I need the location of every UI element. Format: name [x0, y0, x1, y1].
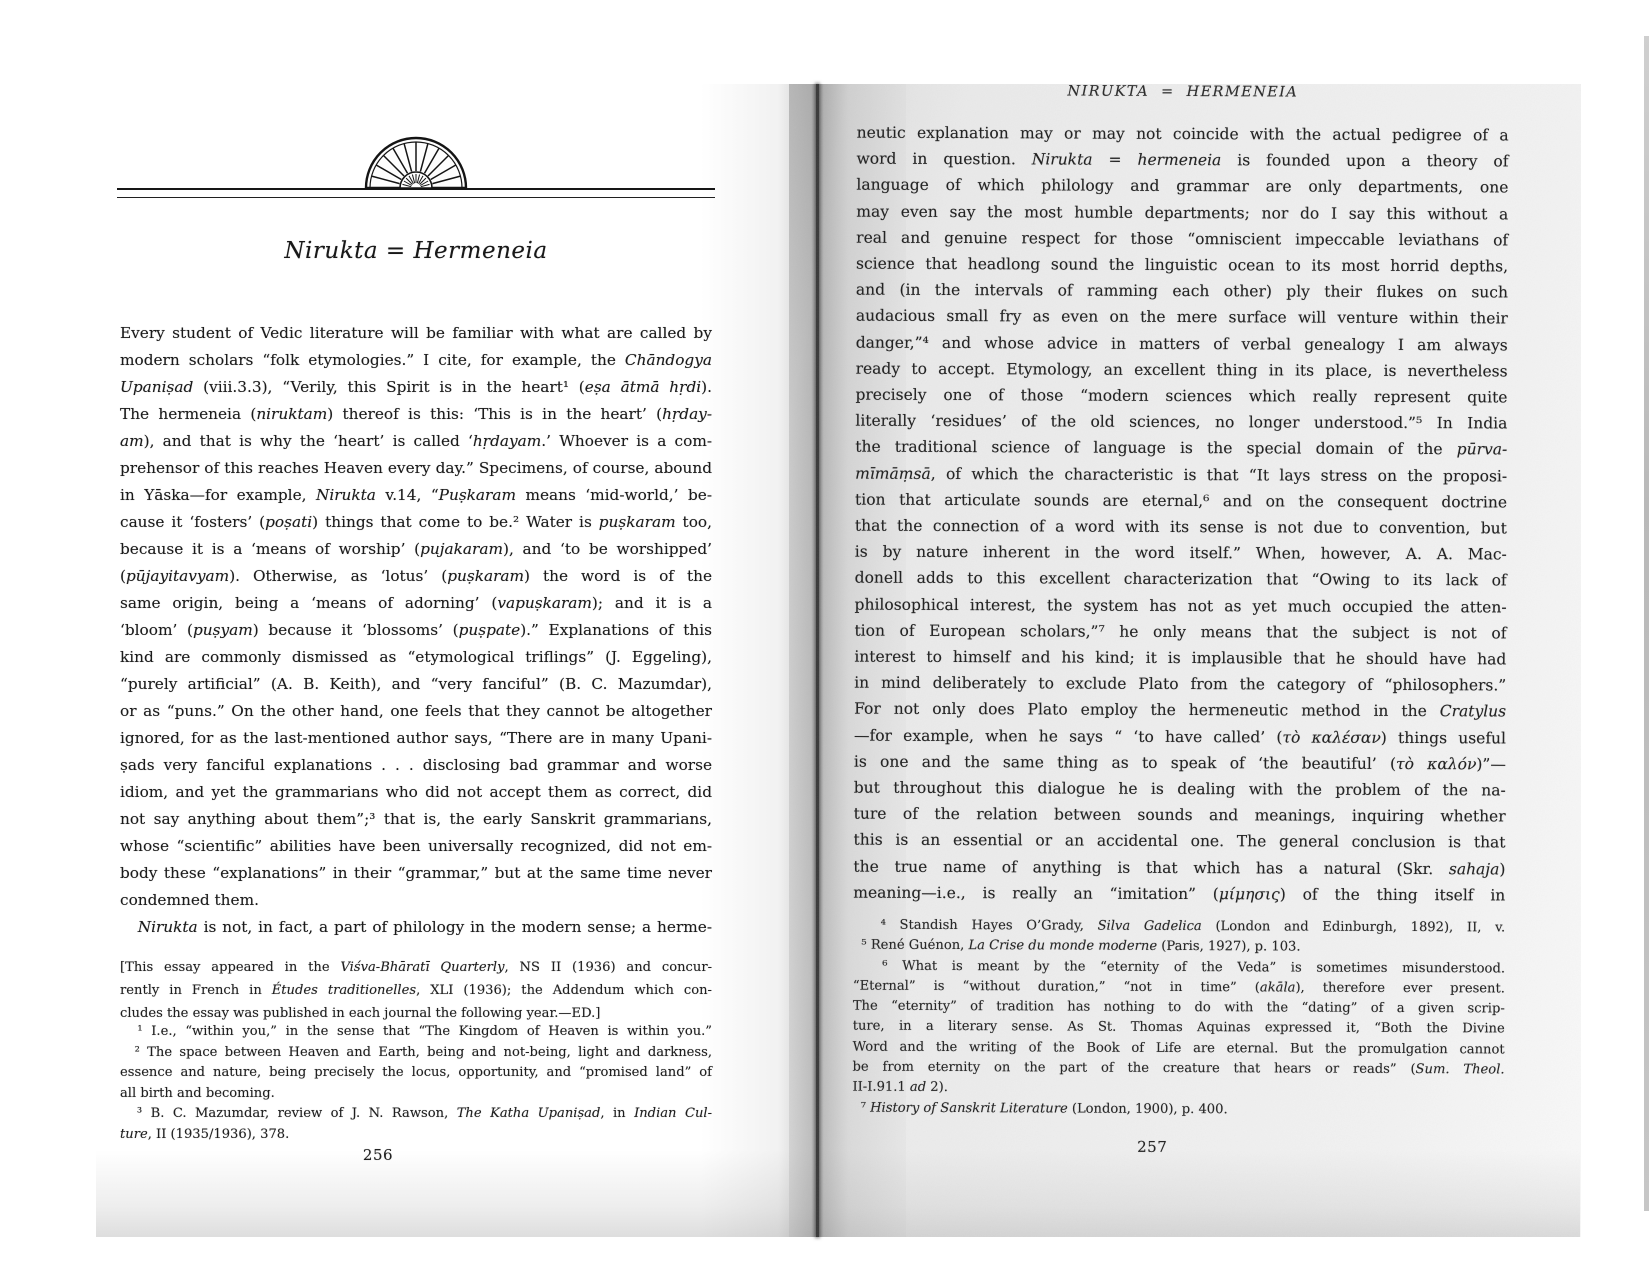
text-line: literally ‘residues’ of the old sciences… — [855, 408, 1507, 437]
text-line: Every student of Vedic literature will b… — [120, 320, 712, 347]
text-line: because it is a ‘means of worship’ (puja… — [120, 536, 712, 563]
text-line: danger,”⁴ and whose advice in matters of… — [856, 329, 1508, 358]
text-line: interest to himself and his kind; it is … — [854, 644, 1506, 673]
footnote-line: essence and nature, being precisely the … — [120, 1063, 712, 1084]
text-line: science that headlong sound the linguist… — [856, 251, 1508, 280]
right-footnotes: ⁴ Standish Hayes O’Grady, Silva Gadelica… — [852, 916, 1505, 1122]
lotus-ornament-icon — [364, 124, 468, 190]
text-line: kind are commonly dismissed as “etymolog… — [120, 644, 712, 671]
text-line: in mind deliberately to exclude Plato fr… — [854, 670, 1506, 699]
footnote-line: ture, II (1935/1936), 378. — [120, 1125, 712, 1146]
text-line: meaning—i.e., is really an “imitation” (… — [853, 879, 1505, 908]
text-line: tion that articulate sounds are eternal,… — [855, 486, 1507, 515]
footnote-line: ⁵ René Guénon, La Crise du monde moderne… — [853, 936, 1505, 959]
text-line: (pūjayitavyam). Otherwise, as ‘lotus’ (p… — [120, 563, 712, 590]
text-line: may even say the most humble departments… — [856, 198, 1508, 227]
text-line: For not only does Plato employ the herme… — [854, 696, 1506, 725]
text-line: ready to accept. Etymology, an excellent… — [856, 355, 1508, 384]
text-line: real and genuine respect for those “omni… — [856, 224, 1508, 253]
text-line: is one and the same thing as to speak of… — [854, 748, 1506, 777]
text-line: [This essay appeared in the Viśva-Bhārat… — [120, 956, 712, 979]
text-line: ‘bloom’ (puṣyam) because it ‘blossoms’ (… — [120, 617, 712, 644]
text-line: prehensor of this reaches Heaven every d… — [120, 455, 712, 482]
text-line: body these “explanations” in their “gram… — [120, 860, 712, 887]
text-line: but throughout this dialogue he is deali… — [854, 775, 1506, 804]
running-head: NIRUKTA = HERMENEIA — [857, 83, 1509, 102]
footnote-line: ⁴ Standish Hayes O’Grady, Silva Gadelica… — [853, 916, 1505, 939]
text-line: not say anything about them”;³ that is, … — [120, 806, 712, 833]
footnote-line: ¹ I.e., “within you,” in the sense that … — [120, 1022, 712, 1043]
page-right: NIRUKTA = HERMENEIA neutic explanation m… — [852, 0, 1510, 1275]
text-line: neutic explanation may or may not coinci… — [857, 120, 1509, 149]
text-line: modern scholars “folk etymologies.” I ci… — [120, 347, 712, 374]
text-line: word in question. Nirukta = hermeneia is… — [856, 146, 1508, 175]
text-line: the traditional science of language is t… — [855, 434, 1507, 463]
text-line: and (in the intervals of ramming each ot… — [856, 277, 1508, 306]
binding-crease-line — [816, 84, 819, 1237]
text-line: or as “puns.” On the other hand, one fee… — [120, 698, 712, 725]
right-body-text: neutic explanation may or may not coinci… — [853, 120, 1508, 909]
footnote-line: II-I.91.1 ad 2). — [852, 1078, 1504, 1101]
text-line: ignored, for as the last-mentioned autho… — [120, 725, 712, 752]
text-line: tion of European scholars,”⁷ he only mea… — [854, 617, 1506, 646]
footnote-line: ⁷ History of Sanskrit Literature (London… — [852, 1098, 1504, 1121]
footnote-line: ture, in a literary sense. As St. Thomas… — [853, 1017, 1505, 1040]
text-line: —for example, when he says “ ‘to have ca… — [854, 722, 1506, 751]
text-line: cause it ‘fosters’ (poṣati) things that … — [120, 509, 712, 536]
text-line: in Yāska—for example, Nirukta v.14, “Puṣ… — [120, 482, 712, 509]
book-spread-scan: Nirukta = Hermeneia Every student of Ved… — [0, 0, 1651, 1275]
text-line: donell adds to this excellent characteri… — [855, 565, 1507, 594]
page-left: Nirukta = Hermeneia Every student of Ved… — [120, 0, 712, 1275]
page-number-right: 257 — [852, 1137, 1452, 1158]
text-line: whose “scientific” abilities have been u… — [120, 833, 712, 860]
text-line: Upaniṣad (viii.3.3), “Verily, this Spiri… — [120, 374, 712, 401]
text-line: philosophical interest, the system has n… — [855, 591, 1507, 620]
text-line: language of which philology and grammar … — [856, 172, 1508, 201]
text-line: The hermeneia (niruktam) thereof is this… — [120, 401, 712, 428]
footnote-line: ² The space between Heaven and Earth, be… — [120, 1043, 712, 1064]
text-line: rently in French in Études traditionelle… — [120, 979, 712, 1002]
editor-note: [This essay appeared in the Viśva-Bhārat… — [120, 956, 712, 1025]
text-line: idiom, and yet the grammarians who did n… — [120, 779, 712, 806]
text-line: ṣads very fanciful explanations . . . di… — [120, 752, 712, 779]
text-line: audacious small fry as even on the mere … — [856, 303, 1508, 332]
text-line: is by nature inherent in the word itself… — [855, 539, 1507, 568]
footnote-line: “Eternal” is “without duration,” “not in… — [853, 976, 1505, 999]
essay-title: Nirukta = Hermeneia — [120, 238, 712, 264]
text-line: this is an essential or an accidental on… — [853, 827, 1505, 856]
footnote-line: ⁶ What is meant by the “eternity of the … — [853, 956, 1505, 979]
text-line: am), and that is why the ‘heart’ is call… — [120, 428, 712, 455]
text-line: the true name of anything is that which … — [853, 853, 1505, 882]
left-footnotes: ¹ I.e., “within you,” in the sense that … — [120, 1022, 712, 1146]
page-edge-strip — [1644, 36, 1649, 1211]
text-line: precisely one of those “modern sciences … — [855, 382, 1507, 411]
text-line: ture of the relation between sounds and … — [854, 801, 1506, 830]
footnote-line: be from eternity on the part of the crea… — [853, 1058, 1505, 1081]
page-number-left: 256 — [120, 1146, 636, 1164]
text-line: condemned them. — [120, 887, 712, 914]
left-body-text: Every student of Vedic literature will b… — [120, 320, 712, 941]
footnote-line: all birth and becoming. — [120, 1084, 712, 1105]
text-line: “purely artificial” (A. B. Keith), and “… — [120, 671, 712, 698]
text-line: mīmāṃsā, of which the characteristic is … — [855, 460, 1507, 489]
footnote-line: Word and the writing of the Book of Life… — [853, 1037, 1505, 1060]
text-line: same origin, being a ‘means of adorning’… — [120, 590, 712, 617]
text-line: that the connection of a word with its s… — [855, 513, 1507, 542]
footnote-line: ³ B. C. Mazumdar, review of J. N. Rawson… — [120, 1104, 712, 1125]
text-line: Nirukta is not, in fact, a part of philo… — [120, 914, 712, 941]
footnote-line: The “eternity” of tradition has nothing … — [853, 997, 1505, 1020]
